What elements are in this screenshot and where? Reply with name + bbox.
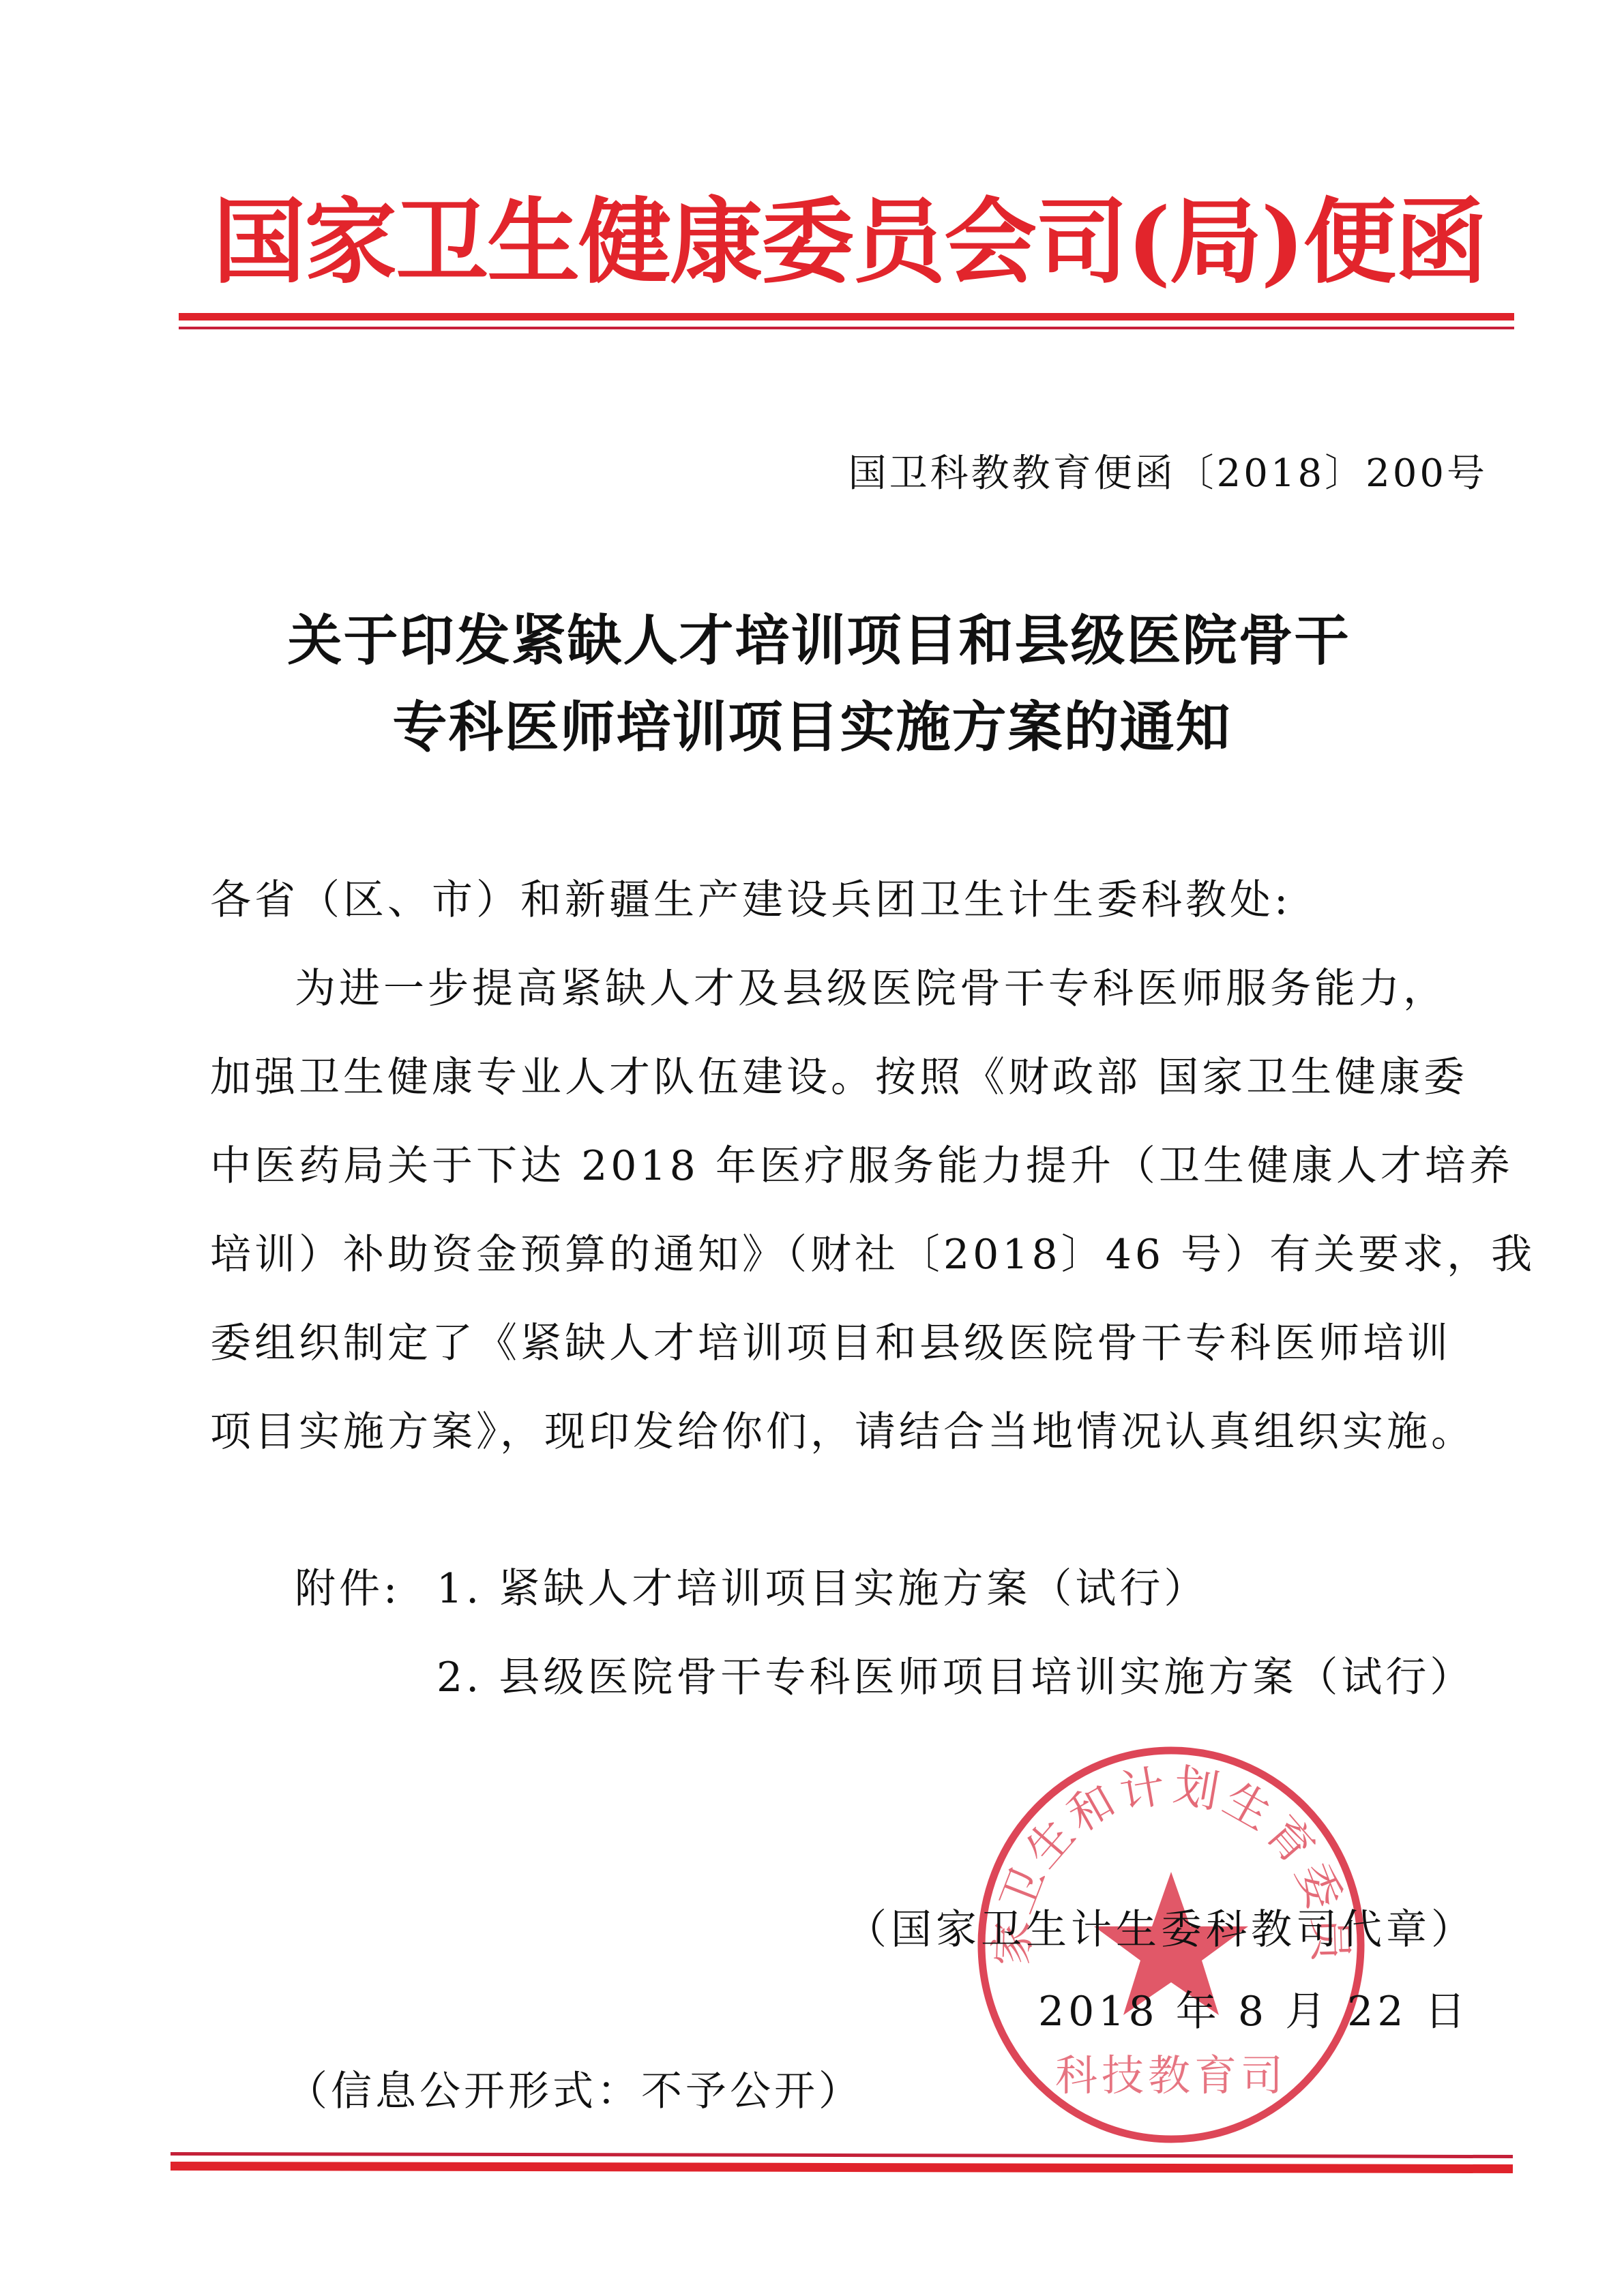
body-line: 培训）补助资金预算的通知》（财社〔2018〕46 号）有关要求，我	[210, 1224, 1535, 1285]
body-line: 委组织制定了《紧缺人才培训项目和县级医院骨干专科医师培训	[210, 1313, 1451, 1374]
document-title-line-2: 专科医师培训项目实施方案的通知	[0, 690, 1624, 765]
document-number: 国卫科教教育便函〔2018〕200号	[848, 447, 1488, 501]
header-rule-thick	[179, 313, 1514, 320]
issuer-signature: （国家卫生计生委科教司代章）	[846, 1899, 1476, 1960]
body-line: 为进一步提高紧缺人才及县级医院骨干专科医师服务能力，	[295, 958, 1447, 1019]
header-rule-thin	[179, 327, 1514, 329]
letterhead-title: 国家卫生健康委员会司(局)便函	[0, 184, 1624, 300]
attachment-item-1[interactable]: 1. 紧缺人才培训项目实施方案（试行）	[437, 1558, 1208, 1620]
attachments-label: 附件:	[295, 1558, 400, 1620]
attachment-item-2[interactable]: 2. 县级医院骨干专科医师项目培训实施方案（试行）	[437, 1647, 1474, 1708]
body-line: 加强卫生健康专业人才队伍建设。按照《财政部 国家卫生健康委	[210, 1047, 1468, 1108]
salutation: 各省（区、市）和新疆生产建设兵团卫生计生委科教处:	[210, 869, 1291, 931]
body-line: 项目实施方案》，现印发给你们，请结合当地情况认真组织实施。	[210, 1401, 1475, 1463]
disclosure-note: （信息公开形式：不予公开）	[286, 2061, 863, 2122]
seal-bottom-text: 科技教育司	[1055, 2051, 1287, 2100]
footer-rule-thick	[171, 2162, 1513, 2173]
footer-rule-thin	[171, 2152, 1513, 2158]
document-title-line-1: 关于印发紧缺人才培训项目和县级医院骨干	[0, 603, 1624, 679]
body-line: 中医药局关于下达 2018 年医疗服务能力提升（卫生健康人才培养	[210, 1135, 1514, 1197]
issue-date: 2018 年 8 月 22 日	[1038, 1981, 1470, 2042]
